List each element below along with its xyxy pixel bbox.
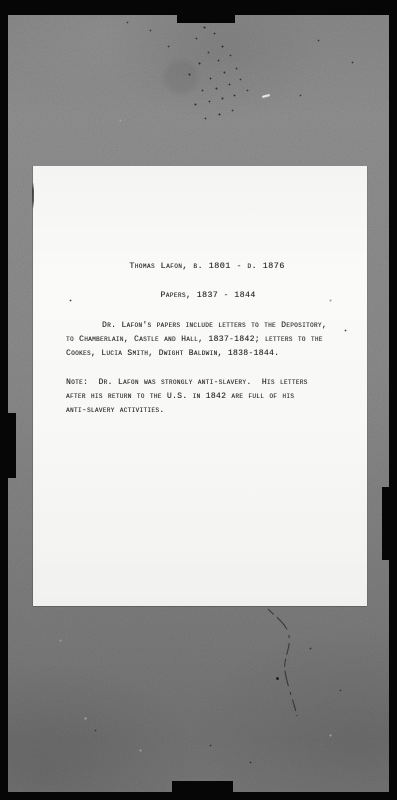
film-notch-top	[177, 15, 235, 23]
note-line: Note: Dr. Lafon was strongly anti-slaver…	[66, 376, 348, 390]
card-subtitle: Papers, 1837 - 1844	[33, 291, 367, 300]
card-title: Thomas Lafon, b. 1801 - d. 1876	[33, 261, 367, 271]
film-notch-right	[382, 487, 389, 560]
card-body-paragraph: Dr. Lafon's papers include letters to th…	[66, 319, 348, 360]
note-line: anti-slavery activities.	[66, 404, 348, 418]
microfilm-frame: Thomas Lafon, b. 1801 - d. 1876 Papers, …	[0, 0, 397, 800]
document-card: Thomas Lafon, b. 1801 - d. 1876 Papers, …	[33, 166, 367, 606]
note-line: after his return to the U.S. in 1842 are…	[66, 390, 348, 404]
film-background: Thomas Lafon, b. 1801 - d. 1876 Papers, …	[8, 15, 389, 792]
film-notch-bottom	[172, 781, 233, 792]
body-line: to Chamberlain, Castle and Hall, 1837-18…	[66, 333, 348, 347]
card-note-paragraph: Note: Dr. Lafon was strongly anti-slaver…	[66, 376, 348, 417]
body-line: Cookes, Lucia Smith, Dwight Baldwin, 183…	[66, 347, 348, 361]
body-line: Dr. Lafon's papers include letters to th…	[66, 319, 348, 333]
paper-edge-blemish	[32, 182, 34, 209]
film-notch-left	[8, 413, 16, 478]
film-light-speckles	[0, 0, 1, 1]
